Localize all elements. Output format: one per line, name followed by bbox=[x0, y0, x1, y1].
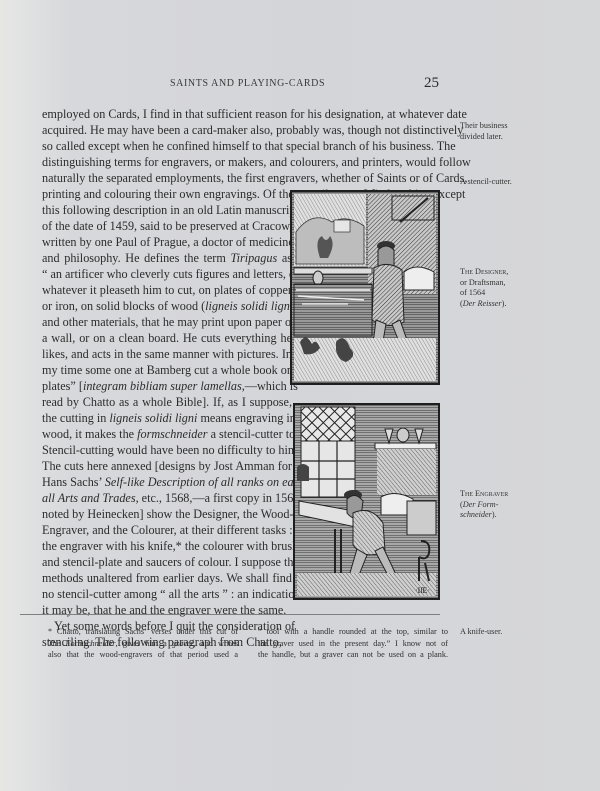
italic-text: Tiripagus bbox=[230, 251, 277, 265]
text: The cuts here annexed [designs by Jost A… bbox=[42, 459, 292, 473]
body-line: read by Chatto as a whole Bible]. If, as… bbox=[42, 394, 292, 410]
body-line: of the date of 1459, said to be preserve… bbox=[42, 218, 292, 234]
designer-illustration-icon bbox=[292, 192, 438, 383]
text: no stencil-cutter among “ all the arts ”… bbox=[42, 587, 304, 601]
body-line: Engraver, and the Colourer, at their dif… bbox=[42, 522, 292, 538]
body-line: written by one Paul of Prague, a doctor … bbox=[42, 234, 292, 250]
text: the cutting in bbox=[42, 411, 109, 425]
footnote-line: the handle, but a graver can not be used… bbox=[258, 649, 448, 661]
text: my time some one at Bamberg cut a whole … bbox=[42, 363, 293, 377]
italic-text: ligneis solidi ligni bbox=[205, 299, 293, 313]
body-line: the cutting in ligneis solidi ligni mean… bbox=[42, 410, 292, 426]
body-line: my time some one at Bamberg cut a whole … bbox=[42, 362, 292, 378]
text: Hans Sachs’ bbox=[42, 475, 105, 489]
italic-text: Self-like Description of all ranks on ea… bbox=[105, 475, 311, 489]
text: or iron, on solid blocks of wood ( bbox=[42, 299, 205, 313]
text: wood, it makes the bbox=[42, 427, 137, 441]
text: , gives him a bbox=[116, 639, 172, 648]
running-head: SAINTS AND PLAYING-CARDS 25 bbox=[0, 78, 600, 94]
text: ). bbox=[502, 299, 507, 308]
body-line: methods unaltered from earlier days. We … bbox=[42, 570, 292, 586]
text: methods unaltered from earlier days. We … bbox=[42, 571, 292, 585]
footnote-line: the graver used in the present day.” I k… bbox=[258, 638, 448, 650]
margin-note-stencil-cutter: A stencil-cutter. bbox=[460, 177, 512, 188]
margin-note-knife-user: A knife-user. bbox=[460, 627, 502, 638]
italic-text: schneider bbox=[460, 510, 492, 519]
engraver-illustration-icon: ·IſE· bbox=[295, 405, 438, 598]
text: written by one Paul of Prague, a doctor … bbox=[42, 235, 294, 249]
text: read by Chatto as a whole Bible]. If, as… bbox=[42, 395, 292, 409]
body-line: a wall, or on a clean board. He cuts eve… bbox=[42, 330, 292, 346]
italic-text: integram bibliam super lamellas, bbox=[83, 379, 245, 393]
text: plates” [ bbox=[42, 379, 83, 393]
footnote-line: * Chatto, translating Sachs’ verses unde… bbox=[48, 626, 238, 638]
body-line: The cuts here annexed [designs by Jost A… bbox=[42, 458, 292, 474]
text: “ an artificer who cleverly cuts figures… bbox=[42, 267, 299, 281]
margin-note-line: Their business bbox=[460, 121, 508, 132]
body-line: “ an artificer who cleverly cuts figures… bbox=[42, 266, 292, 282]
body-line: and other materials, that he may print u… bbox=[42, 314, 292, 330]
body-line: whatever it pleaseth him to cut, on plat… bbox=[42, 282, 292, 298]
margin-note-business: Their business divided later. bbox=[460, 121, 508, 142]
text: a stencil-cutter too. bbox=[208, 427, 305, 441]
monogram-text: ·IſE· bbox=[415, 586, 430, 595]
margin-note-line: or Draftsman, bbox=[460, 278, 508, 289]
text: etc., 1568,—a first copy in 1564 bbox=[139, 491, 300, 505]
text: the engraver with his knife,* the colour… bbox=[42, 539, 298, 553]
woodcut-engraver-image: ·IſE· bbox=[293, 403, 440, 600]
text: whatever it pleaseth him to cut, on plat… bbox=[42, 283, 292, 297]
italic-text: all Arts and Trades, bbox=[42, 491, 139, 505]
text: this following description in an old Lat… bbox=[42, 203, 299, 217]
text: a wall, or on a clean board. He cuts eve… bbox=[42, 331, 292, 345]
body-line: no stencil-cutter among “ all the arts ”… bbox=[42, 586, 292, 602]
body-line: and stencil-plate and saucers of colour.… bbox=[42, 554, 292, 570]
body-line: wood, it makes the formschneider a stenc… bbox=[42, 426, 292, 442]
italic-text: Der Form- bbox=[463, 500, 499, 509]
page-number: 25 bbox=[424, 75, 439, 92]
body-line: distinguishing terms for engravers, or m… bbox=[42, 154, 440, 170]
margin-note-line: (Der Reisser). bbox=[460, 299, 508, 310]
body-line: all Arts and Trades, etc., 1568,—a first… bbox=[42, 490, 292, 506]
margin-note-line: of 1564 bbox=[460, 288, 508, 299]
woodcut-designer-image bbox=[290, 190, 440, 385]
margin-note-line: divided later. bbox=[460, 132, 508, 143]
margin-note-line: The Engraver bbox=[460, 489, 508, 500]
margin-note-designer: The Designer, or Draftsman, of 1564 (Der… bbox=[460, 267, 508, 309]
italic-text: ligneis solidi ligni bbox=[109, 411, 197, 425]
body-line: employed on Cards, I find in that suffic… bbox=[42, 106, 440, 122]
text: and philosophy. He defines the term bbox=[42, 251, 230, 265]
text: of the date of 1459, said to be preserve… bbox=[42, 219, 292, 233]
body-line: so called except when he confined himsel… bbox=[42, 138, 440, 154]
body-line: this following description in an old Lat… bbox=[42, 202, 292, 218]
text: means engraving in bbox=[197, 411, 296, 425]
body-line: likes, and acts in the same manner with … bbox=[42, 346, 292, 362]
italic-text: Der Reisser bbox=[463, 299, 502, 308]
footnote-rule bbox=[20, 614, 440, 615]
margin-note-line: schneider). bbox=[460, 510, 508, 521]
text: Engraver, and the Colourer, at their dif… bbox=[42, 523, 293, 537]
italic-text: formschneider bbox=[137, 427, 207, 441]
text: also that the wood-engravers of that per… bbox=[48, 650, 238, 659]
body-line: and philosophy. He defines the term Tiri… bbox=[42, 250, 292, 266]
footnote-line: The Formschneider, gives him a graver, a… bbox=[48, 638, 238, 650]
body-line: plates” [integram bibliam super lamellas… bbox=[42, 378, 292, 394]
text: noted by Heinecken] show the Designer, t… bbox=[42, 507, 293, 521]
body-line: or iron, on solid blocks of wood (lignei… bbox=[42, 298, 292, 314]
body-line: the engraver with his knife,* the colour… bbox=[42, 538, 292, 554]
text: and stencil-plate and saucers of colour.… bbox=[42, 555, 299, 569]
running-head-title: SAINTS AND PLAYING-CARDS bbox=[170, 78, 325, 89]
margin-note-engraver: The Engraver (Der Form- schneider). bbox=[460, 489, 508, 521]
body-line: Stencil-cutting would have been no diffi… bbox=[42, 442, 292, 458]
footnote-line: also that the wood-engravers of that per… bbox=[48, 649, 238, 661]
text: ). bbox=[492, 510, 497, 519]
italic-text: graver bbox=[172, 639, 194, 648]
body-line: Hans Sachs’ Self-like Description of all… bbox=[42, 474, 292, 490]
body-line: it may be, that he and the engraver were… bbox=[42, 602, 292, 618]
body-line: acquired. He may have been a card-maker … bbox=[42, 122, 440, 138]
margin-note-line: (Der Form- bbox=[460, 500, 508, 511]
margin-note-line: The Designer, bbox=[460, 267, 508, 278]
body-line: noted by Heinecken] show the Designer, t… bbox=[42, 506, 292, 522]
text: * Chatto, translating Sachs’ verses unde… bbox=[48, 627, 238, 636]
text: and other materials, that he may print u… bbox=[42, 315, 295, 329]
text: likes, and acts in the same manner with … bbox=[42, 347, 292, 361]
text: Stencil-cutting would have been no diffi… bbox=[42, 443, 300, 457]
text: , and writes bbox=[194, 639, 238, 648]
footnote-line: “ tool with a handle rounded at the top,… bbox=[258, 626, 448, 638]
italic-text: The Formschneider bbox=[48, 639, 116, 648]
body-line: naturally the separated employments, the… bbox=[42, 170, 440, 186]
